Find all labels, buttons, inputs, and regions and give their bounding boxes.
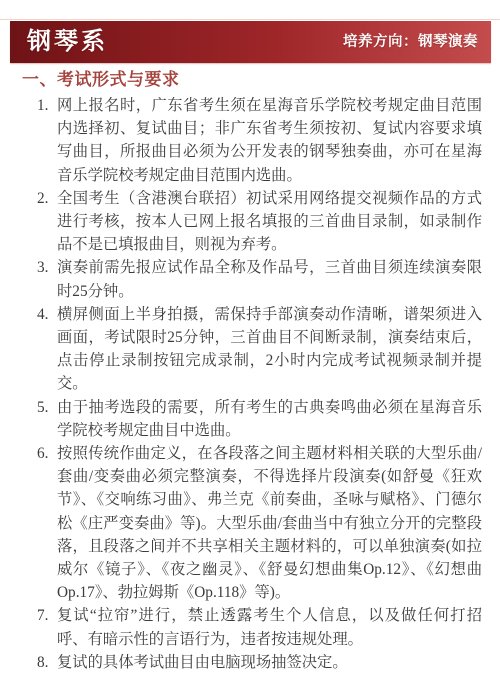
list-item-text: 网上报名时，广东省考生须在星海音乐学院校考规定曲目范围内选择初、复试曲目；非广东… (57, 94, 482, 187)
list-item-number: 2. (37, 187, 57, 257)
training-direction-label: 培养方向：钢琴演奏 (343, 35, 478, 50)
list-item-text: 复试“拉帘”进行，禁止透露考生个人信息，以及做任何打招呼、有暗示性的言语行为，违… (57, 604, 482, 650)
list-item: 3. 演奏前需先报应试作品全称及作品号，三首曲目须连续演奏限时25分钟。 (37, 256, 482, 302)
list-item: 6. 按照传统作曲定义，在各段落之间主题材料相关联的大型乐曲/套曲/变奏曲必须完… (37, 442, 482, 604)
department-header-bar: 钢琴系 培养方向：钢琴演奏 (10, 21, 491, 63)
list-item-number: 6. (37, 442, 57, 604)
list-item: 5. 由于抽考选段的需要，所有考生的古典奏鸣曲必须在星海音乐学院校考规定曲目中选… (37, 396, 482, 442)
list-item-number: 5. (37, 396, 57, 442)
list-item-text: 按照传统作曲定义，在各段落之间主题材料相关联的大型乐曲/套曲/变奏曲必须完整演奏… (57, 442, 482, 604)
list-item-number: 4. (37, 303, 57, 396)
list-item-number: 1. (37, 94, 57, 187)
requirements-list: 1. 网上报名时，广东省考生须在星海音乐学院校考规定曲目范围内选择初、复试曲目；… (22, 94, 482, 674)
list-item-number: 8. (37, 651, 57, 674)
piano-department-page: 钢琴系 培养方向：钢琴演奏 一、考试形式与要求 1. 网上报名时，广东省考生须在… (0, 0, 500, 698)
list-item: 4. 横屏侧面上半身拍摄，需保持手部演奏动作清晰，谱架须进入画面，考试限时25分… (37, 303, 482, 396)
list-item: 8. 复试的具体考试曲目由电脑现场抽签决定。 (37, 651, 482, 674)
list-item: 7. 复试“拉帘”进行，禁止透露考生个人信息，以及做任何打招呼、有暗示性的言语行… (37, 604, 482, 650)
list-item-text: 全国考生（含港澳台联招）初试采用网络提交视频作品的方式进行考核，按本人已网上报名… (57, 187, 482, 257)
exam-requirements-content: 一、考试形式与要求 1. 网上报名时，广东省考生须在星海音乐学院校考规定曲目范围… (22, 68, 482, 674)
top-divider-line (0, 19, 500, 20)
list-item: 2. 全国考生（含港澳台联招）初试采用网络提交视频作品的方式进行考核，按本人已网… (37, 187, 482, 257)
list-item-text: 复试的具体考试曲目由电脑现场抽签决定。 (57, 651, 482, 674)
list-item-text: 由于抽考选段的需要，所有考生的古典奏鸣曲必须在星海音乐学院校考规定曲目中选曲。 (57, 396, 482, 442)
list-item: 1. 网上报名时，广东省考生须在星海音乐学院校考规定曲目范围内选择初、复试曲目；… (37, 94, 482, 187)
department-title: 钢琴系 (27, 30, 108, 54)
section-heading-exam-format: 一、考试形式与要求 (22, 68, 482, 92)
list-item-number: 3. (37, 256, 57, 302)
list-item-number: 7. (37, 604, 57, 650)
list-item-text: 横屏侧面上半身拍摄，需保持手部演奏动作清晰，谱架须进入画面，考试限时25分钟，三… (57, 303, 482, 396)
list-item-text: 演奏前需先报应试作品全称及作品号，三首曲目须连续演奏限时25分钟。 (57, 256, 482, 302)
